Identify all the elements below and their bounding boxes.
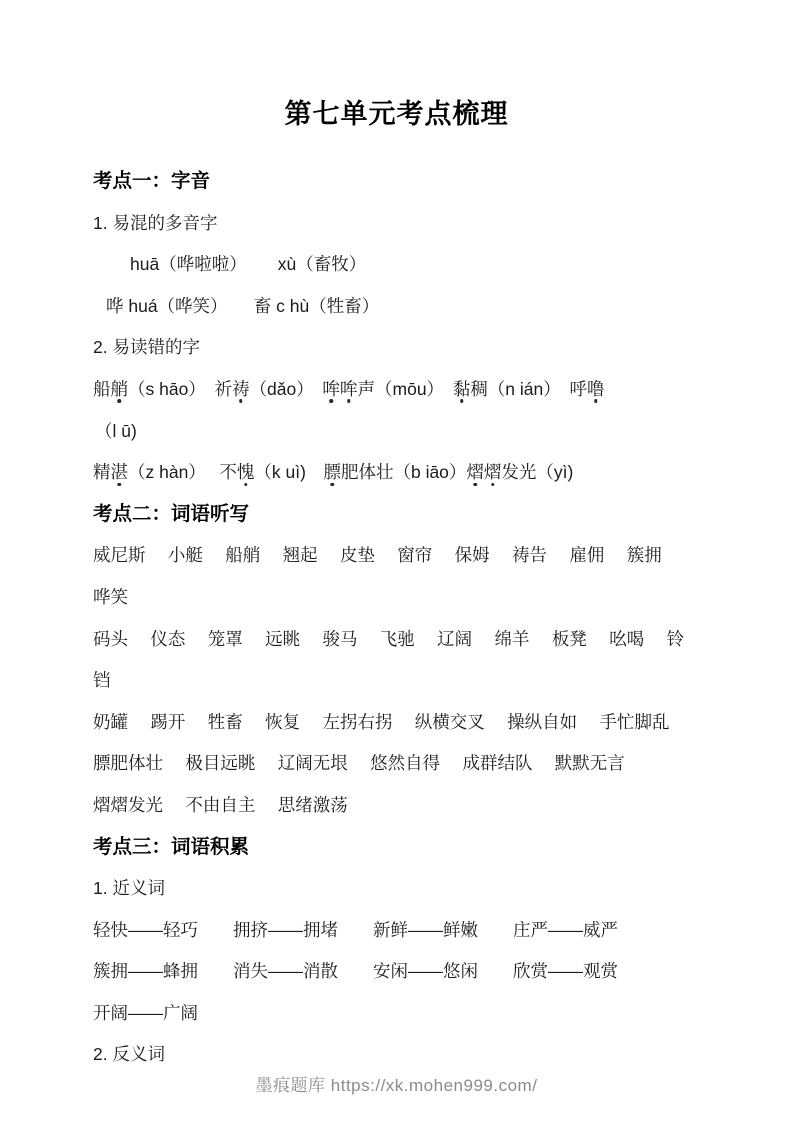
emphasized-char: 熠	[484, 462, 502, 482]
footer-text: 墨痕题库 https://xk.mohen999.com/	[256, 1076, 538, 1095]
dictation-row-2: 码头 仪态 笼罩 远眺 骏马 飞驰 辽阔 绵羊 板凳 吆喝 铃铛	[93, 619, 700, 702]
emphasized-char: 熠	[466, 462, 484, 482]
section-heading-phonics: 考点一：字音	[93, 161, 700, 203]
emphasized-char: 艄	[111, 379, 129, 399]
emphasized-char: 噜	[587, 379, 605, 399]
emphasized-char: 祷	[232, 379, 250, 399]
misread-label: 2. 易读错的字	[93, 327, 700, 369]
emphasized-char: 愧	[237, 462, 255, 482]
emphasized-char: 黏	[453, 379, 471, 399]
emphasized-char: 膘	[323, 462, 341, 482]
document-page: 第七单元考点梳理 考点一：字音 1. 易混的多音字 huā（哗啦啦） xù（畜牧…	[0, 98, 793, 1076]
section-heading-dictation: 考点二：词语听写	[93, 494, 700, 536]
dictation-row-5: 熠熠发光 不由自主 思绪激荡	[93, 785, 700, 827]
dictation-row-1: 威尼斯 小艇 船艄 翘起 皮垫 窗帘 保姆 祷告 雇佣 簇拥 哗笑	[93, 535, 700, 618]
footer-watermark: 墨痕题库 https://xk.mohen999.com/	[0, 1071, 793, 1096]
misread-line-3: 精湛（z hàn） 不愧（k uì) 膘肥体壮（b iāo）熠熠发光（yì)	[93, 452, 700, 494]
synonym-row-3: 开阔——广阔	[93, 993, 700, 1035]
emphasized-char: 哞	[323, 379, 341, 399]
antonym-label: 2. 反义词	[93, 1034, 700, 1076]
polyphone-line-1: huā（哗啦啦） xù（畜牧）	[93, 244, 700, 286]
dictation-row-4: 膘肥体壮 极目远眺 辽阔无垠 悠然自得 成群结队 默默无言	[93, 743, 700, 785]
polyphone-label: 1. 易混的多音字	[93, 203, 700, 245]
misread-line-2: （l ū)	[93, 411, 700, 453]
synonym-row-2: 簇拥——蜂拥 消失——消散 安闲——悠闲 欣赏——观赏	[93, 951, 700, 993]
section-heading-accumulation: 考点三：词语积累	[93, 827, 700, 869]
emphasized-char: 湛	[111, 462, 129, 482]
synonym-label: 1. 近义词	[93, 868, 700, 910]
misread-line-1: 船艄（s hāo） 祈祷（dǎo） 哞哞声（mōu） 黏稠（n ián） 呼噜	[93, 369, 700, 411]
emphasized-char: 哞	[340, 379, 358, 399]
synonym-row-1: 轻快——轻巧 拥挤——拥堵 新鲜——鲜嫩 庄严——威严	[93, 910, 700, 952]
document-body: 考点一：字音 1. 易混的多音字 huā（哗啦啦） xù（畜牧） 哗 huá（哗…	[93, 161, 700, 1076]
dictation-row-3: 奶罐 踢开 牲畜 恢复 左拐右拐 纵横交叉 操纵自如 手忙脚乱	[93, 702, 700, 744]
page-title: 第七单元考点梳理	[93, 98, 700, 130]
polyphone-line-2: 哗 huá（哗笑） 畜 c hù（牲畜）	[93, 286, 700, 328]
